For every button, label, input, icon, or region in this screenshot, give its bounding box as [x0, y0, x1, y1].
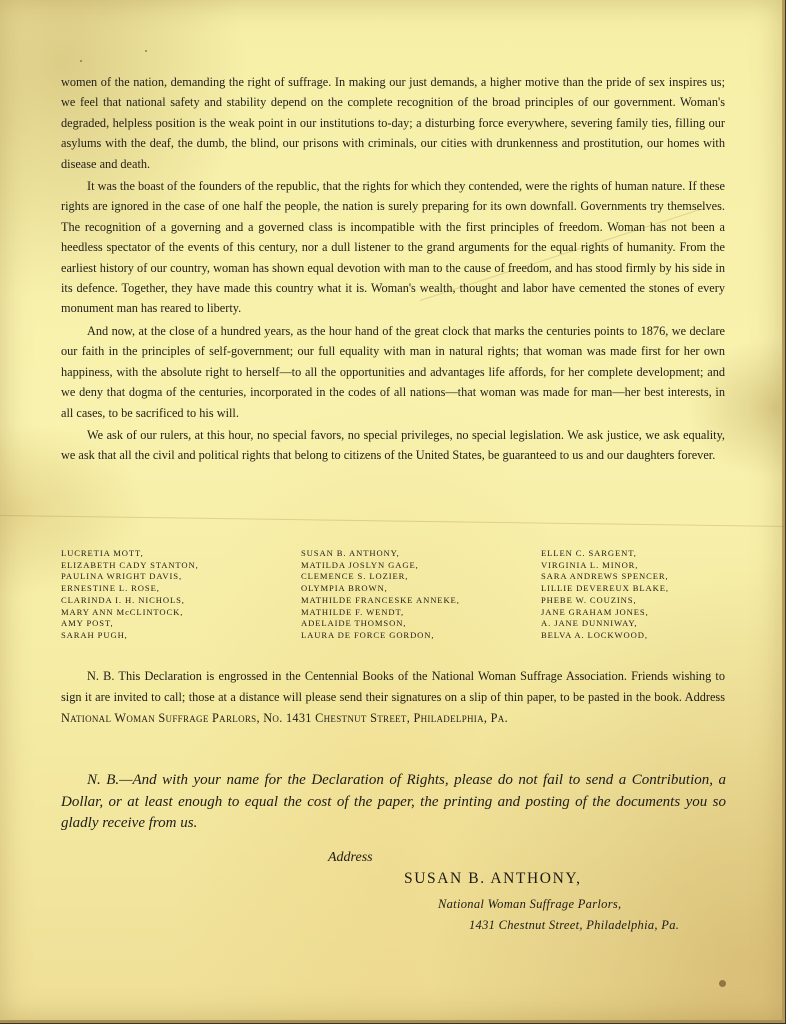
signatory-name: MATHILDE F. WENDT, — [301, 607, 460, 619]
paragraph-4: We ask of our rulers, at this hour, no s… — [61, 425, 725, 466]
signatory-name: LILLIE DEVEREUX BLAKE, — [541, 583, 669, 595]
signing-note: N. B. This Declaration is engrossed in t… — [61, 666, 725, 729]
signatory-name: A. JANE DUNNIWAY, — [541, 618, 669, 630]
document-page: women of the nation, demanding the right… — [0, 0, 785, 1023]
signatory-name: MATHILDE FRANCESKE ANNEKE, — [301, 595, 460, 607]
signatory-name: MARY ANN McCLINTOCK, — [61, 607, 199, 619]
parlors-address: National Woman Suffrage Parlors, No. 143… — [61, 711, 508, 725]
address-line-2: 1431 Chestnut Street, Philadelphia, Pa. — [469, 918, 679, 933]
signatory-name: SARAH PUGH, — [61, 630, 199, 642]
paragraph-3: And now, at the close of a hundred years… — [61, 321, 725, 423]
signatory-name: SARA ANDREWS SPENCER, — [541, 571, 669, 583]
ink-spot — [719, 980, 726, 987]
signatories-column-3: ELLEN C. SARGENT, VIRGINIA L. MINOR, SAR… — [541, 548, 669, 642]
contribution-note-text: N. B.—And with your name for the Declara… — [61, 770, 726, 835]
signing-note-paragraph: N. B. This Declaration is engrossed in t… — [61, 666, 725, 729]
signatory-name: VIRGINIA L. MINOR, — [541, 560, 669, 572]
signatory-name: BELVA A. LOCKWOOD, — [541, 630, 669, 642]
signatory-name: LUCRETIA MOTT, — [61, 548, 199, 560]
signatories-column-2: SUSAN B. ANTHONY, MATILDA JOSLYN GAGE, C… — [301, 548, 460, 642]
signatory-name: SUSAN B. ANTHONY, — [301, 548, 460, 560]
address-line-1: National Woman Suffrage Parlors, — [438, 897, 621, 912]
ink-spot — [80, 60, 82, 62]
signing-note-text: N. B. This Declaration is engrossed in t… — [61, 669, 725, 704]
signatory-name: OLYMPIA BROWN, — [301, 583, 460, 595]
signatory-name: PHEBE W. COUZINS, — [541, 595, 669, 607]
signatory-name: LAURA DE FORCE GORDON, — [301, 630, 460, 642]
address-name: SUSAN B. ANTHONY, — [404, 870, 582, 888]
signatory-name: ADELAIDE THOMSON, — [301, 618, 460, 630]
signatory-name: ERNESTINE L. ROSE, — [61, 583, 199, 595]
signatory-name: PAULINA WRIGHT DAVIS, — [61, 571, 199, 583]
signatory-name: AMY POST, — [61, 618, 199, 630]
ink-spot — [145, 50, 147, 52]
paragraph-1: women of the nation, demanding the right… — [61, 72, 725, 174]
signatory-name: CLARINDA I. H. NICHOLS, — [61, 595, 199, 607]
signatory-name: JANE GRAHAM JONES, — [541, 607, 669, 619]
signatory-name: MATILDA JOSLYN GAGE, — [301, 560, 460, 572]
declaration-body: women of the nation, demanding the right… — [61, 72, 725, 468]
signatory-name: CLEMENCE S. LOZIER, — [301, 571, 460, 583]
address-label: Address — [328, 850, 373, 866]
signatory-name: ELIZABETH CADY STANTON, — [61, 560, 199, 572]
signatories-column-1: LUCRETIA MOTT, ELIZABETH CADY STANTON, P… — [61, 548, 199, 642]
contribution-note: N. B.—And with your name for the Declara… — [61, 770, 726, 835]
paragraph-2: It was the boast of the founders of the … — [61, 176, 725, 319]
paper-crease — [0, 515, 786, 527]
signatory-name: ELLEN C. SARGENT, — [541, 548, 669, 560]
